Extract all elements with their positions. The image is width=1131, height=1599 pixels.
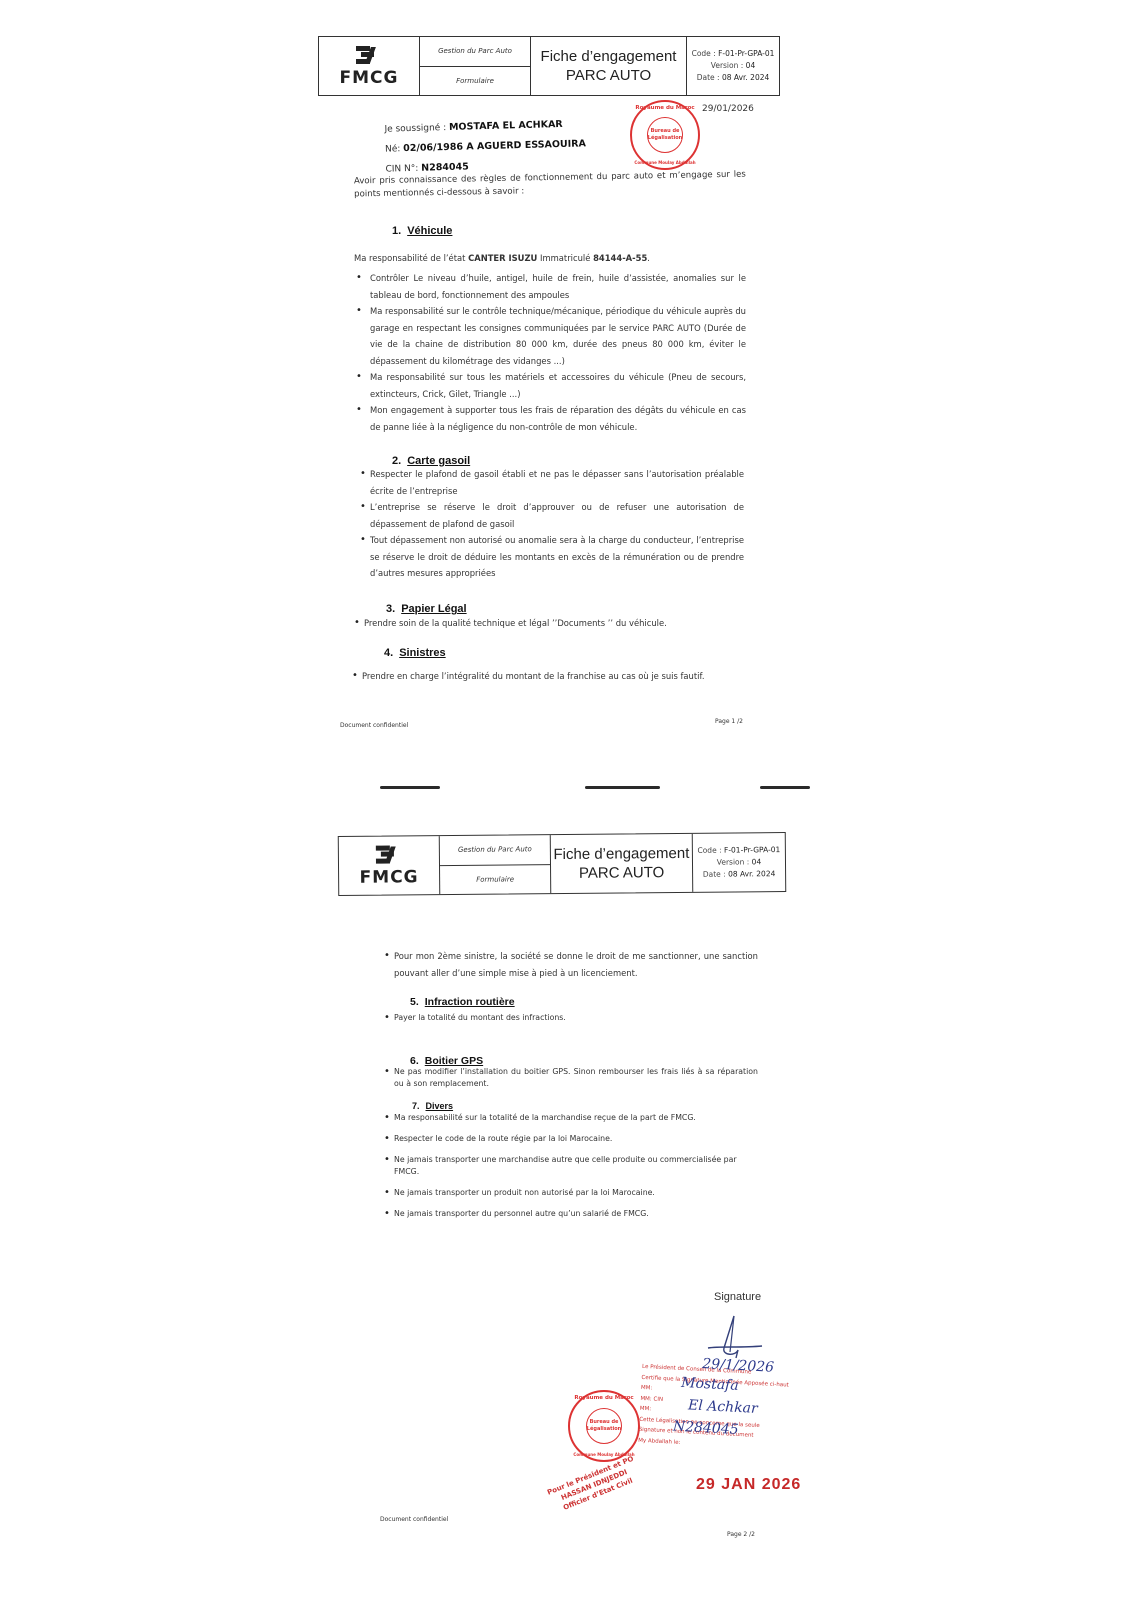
code-label: Code : bbox=[697, 846, 721, 855]
footer-page-number: Page 1 /2 bbox=[715, 718, 743, 725]
scan-edge bbox=[585, 786, 660, 789]
document-info: Code : F-01-Pr-GPA-01 Version : 04 Date … bbox=[693, 833, 786, 892]
officer-stamp: Pour le Président et PO HASSAN IDNJEDDI … bbox=[546, 1454, 643, 1516]
document-page-2: FMCG Gestion du Parc Auto Formulaire Fic… bbox=[0, 800, 1131, 1599]
logo-arrow-icon bbox=[376, 843, 402, 865]
list-item: Payer la totalité du montant des infract… bbox=[386, 1010, 758, 1027]
list-item: Prendre soin de la qualité technique et … bbox=[356, 615, 736, 632]
logo-arrow-icon bbox=[356, 44, 382, 66]
divers-list: Ma responsabilité sur la totalité de la … bbox=[386, 1112, 758, 1220]
scan-edge bbox=[380, 786, 440, 789]
company-logo: FMCG bbox=[339, 836, 441, 895]
list-item: Prendre en charge l’intégralité du monta… bbox=[354, 668, 744, 685]
scan-edge bbox=[760, 786, 810, 789]
doc-date: 08 Avr. 2024 bbox=[728, 869, 775, 878]
department-label: Gestion du Parc Auto bbox=[420, 37, 530, 67]
company-name: FMCG bbox=[360, 867, 419, 888]
cin-label: CIN N°: bbox=[385, 164, 418, 175]
doc-version: 04 bbox=[746, 61, 756, 70]
cin-number: N284045 bbox=[421, 161, 469, 173]
gasoil-rules-list: Respecter le plafond de gasoil établi et… bbox=[362, 466, 744, 582]
date-stamp: 29 JAN 2026 bbox=[696, 1476, 801, 1494]
stamp-ring-text: Royaume du Maroc bbox=[574, 1395, 633, 1401]
stamp-ring-text: Royaume du Maroc bbox=[635, 105, 694, 111]
date-label: Date : bbox=[697, 73, 720, 82]
footer-confidential: Document confidentiel bbox=[340, 722, 408, 729]
section-heading-sinistres: 4.Sinistres bbox=[384, 647, 446, 659]
legal-papers-list: Prendre soin de la qualité technique et … bbox=[356, 615, 736, 632]
list-item: Contrôler Le niveau d’huile, antigel, hu… bbox=[354, 270, 746, 303]
signature-mark bbox=[700, 1312, 770, 1362]
identity-block: Je soussigné : MOSTAFA EL ACHKAR Né: 02/… bbox=[384, 114, 586, 179]
doc-version: 04 bbox=[752, 857, 762, 866]
doc-code: F-01-Pr-GPA-01 bbox=[724, 845, 780, 854]
footer-confidential: Document confidentiel bbox=[380, 1516, 448, 1523]
company-logo: FMCG bbox=[319, 37, 420, 95]
section-heading-vehicule: 1.Véhicule bbox=[392, 225, 452, 237]
title-line-1: Fiche d’engagement bbox=[553, 844, 689, 864]
stamp-center-text: Bureau de Légalisation bbox=[586, 1408, 622, 1444]
list-item: Pour mon 2ème sinistre, la société se do… bbox=[386, 948, 758, 981]
handwritten-first-name: Mostafa bbox=[681, 1378, 739, 1391]
document-title: Fiche d’engagement PARC AUTO bbox=[551, 834, 694, 893]
stamp-center-text: Bureau de Légalisation bbox=[647, 117, 683, 153]
list-item: Ma responsabilité sur le contrôle techni… bbox=[354, 303, 746, 369]
birth-label: Né: bbox=[385, 144, 401, 154]
list-item: Respecter le code de la route régie par … bbox=[386, 1133, 758, 1145]
footer-page-number: Page 2 /2 bbox=[727, 1531, 755, 1538]
title-line-1: Fiche d’engagement bbox=[541, 47, 677, 66]
list-item: Ma responsabilité sur tous les matériels… bbox=[354, 369, 746, 402]
version-label: Version : bbox=[711, 61, 744, 70]
intro-paragraph: Avoir pris connaissance des règles de fo… bbox=[354, 169, 746, 202]
list-item: Ne jamais transporter un produit non aut… bbox=[386, 1187, 758, 1199]
doc-code: F-01-Pr-GPA-01 bbox=[718, 49, 774, 58]
name-label: Je soussigné : bbox=[384, 123, 446, 135]
signature-label: Signature bbox=[714, 1291, 761, 1303]
claims-list: Prendre en charge l’intégralité du monta… bbox=[354, 668, 744, 685]
handwritten-last-name: El Achkar bbox=[688, 1400, 758, 1414]
document-info: Code : F-01-Pr-GPA-01 Version : 04 Date … bbox=[687, 37, 779, 95]
company-name: FMCG bbox=[340, 68, 399, 88]
date-label: Date : bbox=[703, 870, 726, 879]
list-item: Ma responsabilité sur la totalité de la … bbox=[386, 1112, 758, 1124]
header-meta: Gestion du Parc Auto Formulaire bbox=[420, 37, 531, 95]
handwritten-cin: N284045 bbox=[673, 1422, 739, 1436]
document-page-1: FMCG Gestion du Parc Auto Formulaire Fic… bbox=[0, 0, 1131, 800]
list-item: L’entreprise se réserve le droit d’appro… bbox=[362, 499, 744, 532]
infraction-list: Payer la totalité du montant des infract… bbox=[386, 1010, 758, 1027]
stamp-date: 29/01/2026 bbox=[702, 104, 754, 114]
list-item: Ne jamais transporter du personnel autre… bbox=[386, 1208, 758, 1220]
section-heading-papier-legal: 3.Papier Légal bbox=[386, 603, 467, 615]
legalisation-stamp: Royaume du Maroc Bureau de Légalisation … bbox=[568, 1390, 640, 1462]
vehicle-obligations-list: Contrôler Le niveau d’huile, antigel, hu… bbox=[354, 270, 746, 435]
code-label: Code : bbox=[692, 49, 716, 58]
title-line-2: PARC AUTO bbox=[579, 863, 664, 883]
title-line-2: PARC AUTO bbox=[566, 66, 651, 85]
vehicle-plate: 84144-A-55 bbox=[593, 253, 647, 263]
doc-type-label: Formulaire bbox=[440, 865, 550, 894]
list-item: Mon engagement à supporter tous les frai… bbox=[354, 402, 746, 435]
doc-type-label: Formulaire bbox=[420, 67, 530, 96]
birth-info: 02/06/1986 A AGUERD ESSAOUIRA bbox=[403, 138, 586, 154]
gps-list: Ne pas modifier l’installation du boitie… bbox=[386, 1066, 758, 1090]
list-item: Ne jamais transporter une marchandise au… bbox=[386, 1154, 758, 1178]
employee-name: MOSTAFA EL ACHKAR bbox=[449, 119, 563, 133]
handwritten-date: 29/1/2026 bbox=[702, 1359, 774, 1373]
claims-continued-list: Pour mon 2ème sinistre, la société se do… bbox=[386, 948, 758, 981]
list-item: Ne pas modifier l’installation du boitie… bbox=[386, 1066, 758, 1090]
section-heading-infraction: 5.Infraction routière bbox=[410, 996, 515, 1008]
vehicle-statement: Ma responsabilité de l’état CANTER ISUZU… bbox=[354, 250, 754, 267]
legalisation-certificate: Le Président de Conseil de la Commune Ce… bbox=[638, 1362, 802, 1454]
document-title: Fiche d’engagement PARC AUTO bbox=[531, 37, 687, 95]
list-item: Respecter le plafond de gasoil établi et… bbox=[362, 466, 744, 499]
version-label: Version : bbox=[717, 857, 750, 866]
document-header: FMCG Gestion du Parc Auto Formulaire Fic… bbox=[338, 832, 787, 896]
department-label: Gestion du Parc Auto bbox=[440, 835, 550, 865]
legalisation-stamp: Royaume du Maroc Bureau de Légalisation … bbox=[630, 100, 700, 170]
document-header: FMCG Gestion du Parc Auto Formulaire Fic… bbox=[318, 36, 780, 96]
stamp-bottom-text: Commune Moulay Abdallah bbox=[634, 160, 695, 165]
section-heading-divers: 7.Divers bbox=[412, 1101, 453, 1111]
list-item: Tout dépassement non autorisé ou anomali… bbox=[362, 532, 744, 582]
header-meta: Gestion du Parc Auto Formulaire bbox=[440, 835, 552, 894]
doc-date: 08 Avr. 2024 bbox=[722, 73, 769, 82]
vehicle-model: CANTER ISUZU bbox=[468, 253, 537, 263]
